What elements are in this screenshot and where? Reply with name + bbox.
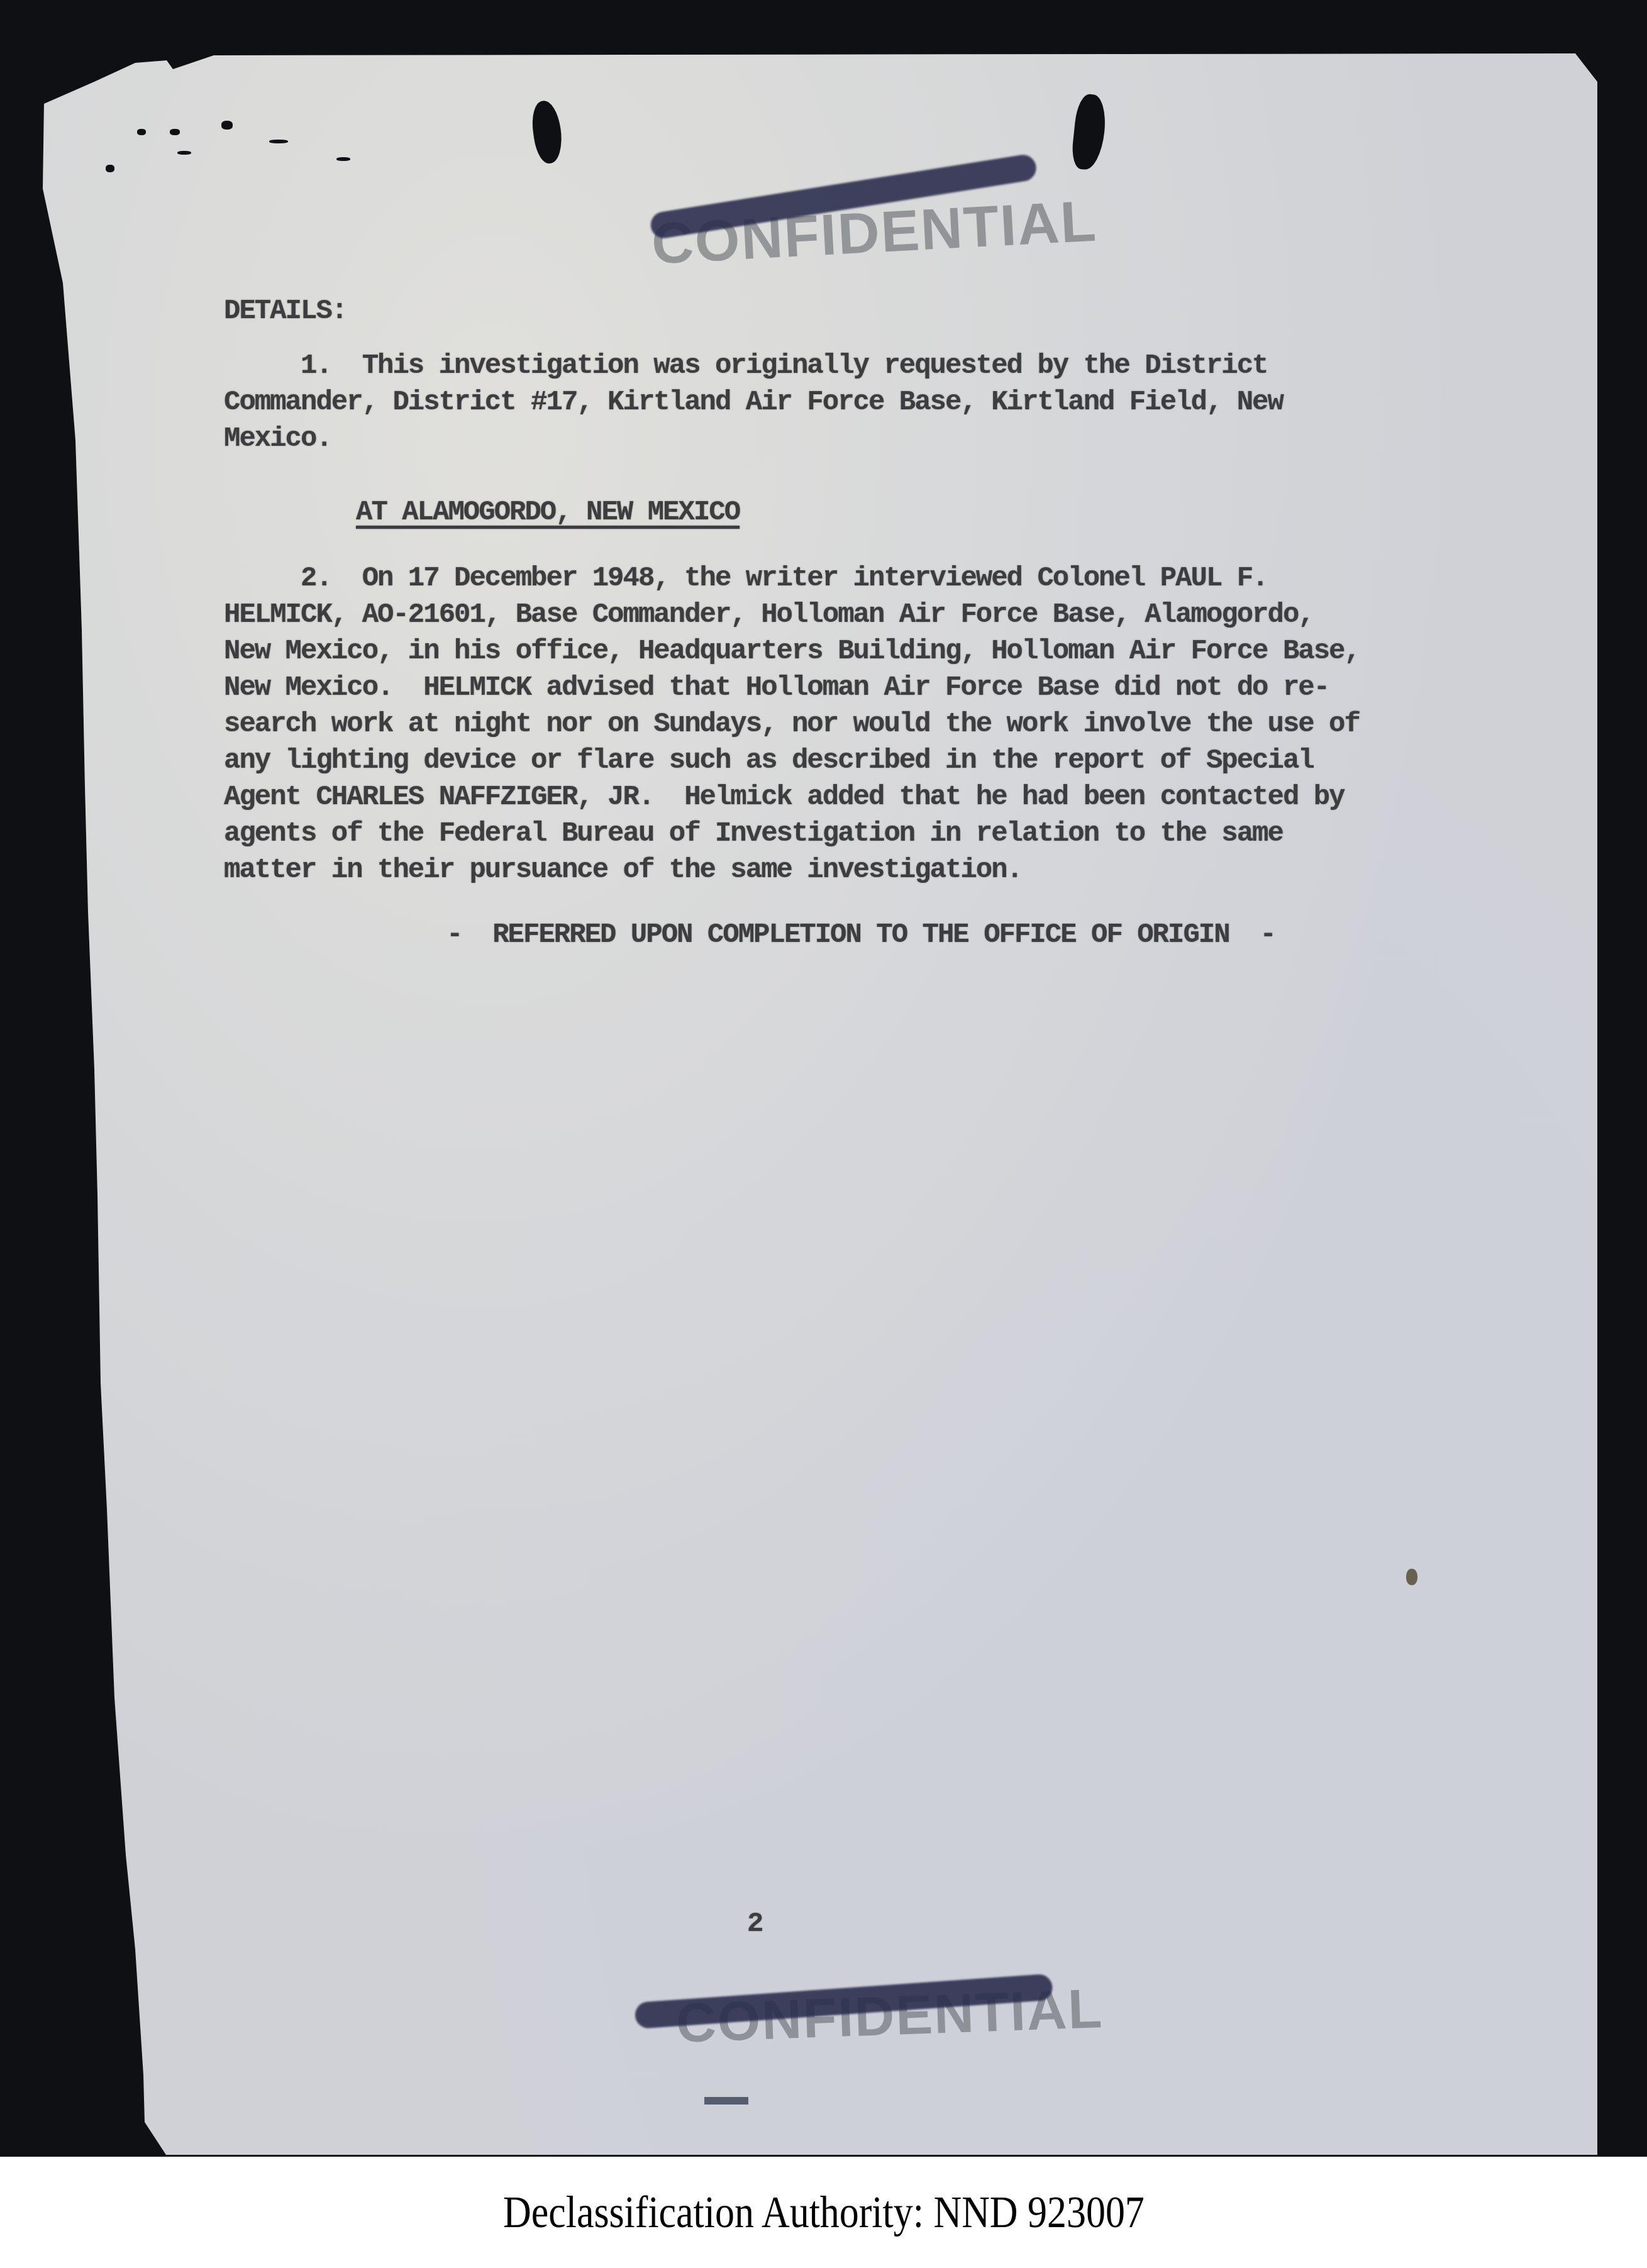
paragraph-line: 1. This investigation was originally req… bbox=[224, 352, 1268, 380]
section-heading: DETAILS: bbox=[224, 296, 347, 327]
paragraph-1: 1. This investigation was originally req… bbox=[224, 352, 255, 478]
paragraph-line: matter in their pursuance of the same in… bbox=[224, 855, 1022, 886]
location-heading: AT ALAMOGORDO, NEW MEXICO bbox=[356, 497, 740, 528]
stain-spot bbox=[1406, 1569, 1417, 1585]
paragraph-line: Mexico. bbox=[224, 425, 331, 453]
paper-tear bbox=[221, 121, 233, 130]
page-number: 2 bbox=[747, 1908, 762, 1940]
paragraph-line: any lighting device or flare such as des… bbox=[224, 745, 1314, 777]
paper-tear bbox=[106, 165, 114, 172]
paragraph-line: 2. On 17 December 1948, the writer inter… bbox=[224, 563, 1268, 594]
ink-mark bbox=[704, 2097, 748, 2105]
closing-statement: - REFERRED UPON COMPLETION TO THE OFFICE… bbox=[446, 919, 1275, 951]
caption-band: Declassification Authority: NND 923007 bbox=[0, 2157, 1647, 2268]
paragraph-line: agents of the Federal Bureau of Investig… bbox=[224, 818, 1283, 849]
paper-tear bbox=[137, 129, 146, 135]
paragraph-line: New Mexico. HELMICK advised that Holloma… bbox=[224, 672, 1329, 704]
paper-tear bbox=[177, 151, 191, 155]
paragraph-line: New Mexico, in his office, Headquarters … bbox=[224, 636, 1360, 667]
paragraph-line: Agent CHARLES NAFFZIGER, JR. Helmick add… bbox=[224, 782, 1345, 813]
paragraph-line: search work at night nor on Sundays, nor… bbox=[224, 709, 1360, 740]
paper-tear bbox=[269, 140, 288, 143]
paragraph-line: Commander, District #17, Kirtland Air Fo… bbox=[224, 389, 1283, 416]
paper-tear bbox=[336, 157, 350, 161]
paragraph-2: 2. On 17 December 1948, the writer inter… bbox=[224, 563, 255, 877]
paper-tear bbox=[170, 129, 180, 135]
paragraph-line: HELMICK, AO-21601, Base Commander, Hollo… bbox=[224, 599, 1314, 631]
declassification-caption: Declassification Authority: NND 923007 bbox=[503, 2186, 1145, 2238]
